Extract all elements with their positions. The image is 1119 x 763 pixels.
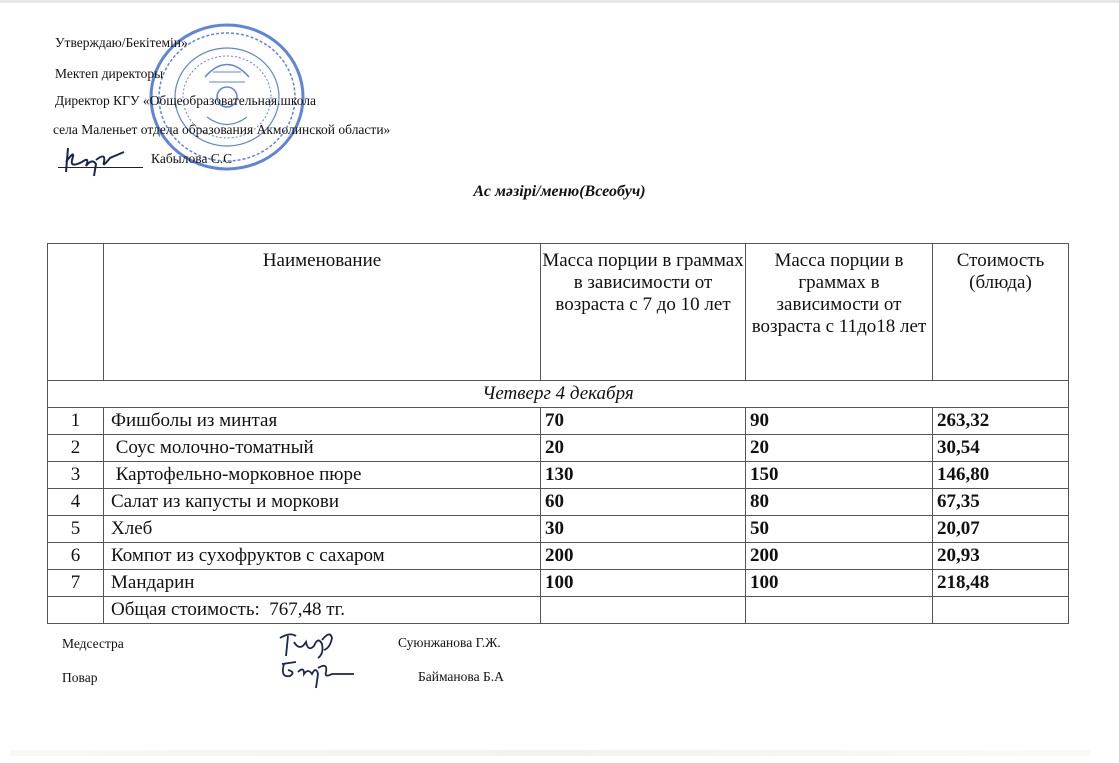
- mass-11-18: 150: [746, 462, 933, 489]
- table-row: 2 Соус молочно-томатный202030,54: [48, 435, 1069, 462]
- row-number: 2: [48, 435, 104, 462]
- cook-name: Байманова Б.А: [418, 669, 504, 685]
- mass-11-18: 80: [746, 489, 933, 516]
- dish-name: Картофельно-морковное пюре: [104, 462, 541, 489]
- scan-bottom-edge: [10, 750, 1090, 756]
- total-row: Общая стоимость: 767,48 тг.: [48, 597, 1069, 624]
- header-mass-11-18: Масса порции в граммах в зависимости от …: [746, 244, 933, 381]
- scan-top-edge: [0, 0, 1119, 3]
- day-label: Четверг 4 декабря: [48, 381, 1069, 408]
- row-number: 5: [48, 516, 104, 543]
- mass-11-18: 50: [746, 516, 933, 543]
- row-number: 6: [48, 543, 104, 570]
- nurse-name: Суюнжанова Г.Ж.: [398, 635, 501, 651]
- mass-7-10: 30: [541, 516, 746, 543]
- menu-table: Наименование Масса порции в граммах в за…: [47, 243, 1069, 624]
- dish-name: Салат из капусты и моркови: [104, 489, 541, 516]
- approval-line-1: Утверждаю/Бекітемін»: [55, 36, 188, 50]
- total-empty: [48, 597, 104, 624]
- header-cost: Стоимость (блюда): [933, 244, 1069, 381]
- dish-cost: 263,32: [933, 408, 1069, 435]
- mass-7-10: 100: [541, 570, 746, 597]
- table-row: 3 Картофельно-морковное пюре130150146,80: [48, 462, 1069, 489]
- mass-11-18: 90: [746, 408, 933, 435]
- mass-7-10: 20: [541, 435, 746, 462]
- approval-line-2: Мектеп директоры: [55, 67, 163, 81]
- dish-name: Хлеб: [104, 516, 541, 543]
- approval-line-3: Директор КГУ «Общеобразовательная.школа: [55, 94, 316, 108]
- approval-line-4: села Маленьет отдела образования Акмолин…: [53, 123, 390, 137]
- cook-role: Повар: [62, 670, 97, 686]
- dish-name: Компот из сухофруктов с сахаром: [104, 543, 541, 570]
- table-row: 1Фишболы из минтая7090263,32: [48, 408, 1069, 435]
- mass-11-18: 200: [746, 543, 933, 570]
- mass-7-10: 200: [541, 543, 746, 570]
- mass-7-10: 70: [541, 408, 746, 435]
- dish-name: Соус молочно-томатный: [104, 435, 541, 462]
- table-row: 4Салат из капусты и моркови608067,35: [48, 489, 1069, 516]
- dish-cost: 30,54: [933, 435, 1069, 462]
- mass-11-18: 100: [746, 570, 933, 597]
- dish-cost: 67,35: [933, 489, 1069, 516]
- mass-7-10: 60: [541, 489, 746, 516]
- dish-cost: 146,80: [933, 462, 1069, 489]
- row-number: 1: [48, 408, 104, 435]
- header-mass-7-10: Масса порции в граммах в зависимости от …: [541, 244, 746, 381]
- dish-cost: 20,07: [933, 516, 1069, 543]
- page-title: Ас мәзірі/меню(Всеобуч): [0, 183, 1119, 201]
- director-signature-icon: [60, 138, 130, 178]
- row-number: 7: [48, 570, 104, 597]
- table-header-row: Наименование Масса порции в граммах в за…: [48, 244, 1069, 381]
- mass-11-18: 20: [746, 435, 933, 462]
- mass-7-10: 130: [541, 462, 746, 489]
- total-empty: [541, 597, 746, 624]
- table-row: 6Компот из сухофруктов с сахаром20020020…: [48, 543, 1069, 570]
- header-name: Наименование: [104, 244, 541, 381]
- total-empty: [933, 597, 1069, 624]
- table-row: 7Мандарин100100 218,48: [48, 570, 1069, 597]
- day-row: Четверг 4 декабря: [48, 381, 1069, 408]
- nurse-role: Медсестра: [62, 636, 124, 652]
- table-row: 5Хлеб305020,07: [48, 516, 1069, 543]
- row-number: 4: [48, 489, 104, 516]
- dish-name: Фишболы из минтая: [104, 408, 541, 435]
- row-number: 3: [48, 462, 104, 489]
- total-empty: [746, 597, 933, 624]
- dish-cost: 218,48: [933, 570, 1069, 597]
- header-number: [48, 244, 104, 381]
- total-cost: Общая стоимость: 767,48 тг.: [104, 597, 541, 624]
- dish-cost: 20,93: [933, 543, 1069, 570]
- director-name: Кабылова С.С: [151, 152, 232, 166]
- dish-name: Мандарин: [104, 570, 541, 597]
- staff-signatures-icon: [270, 628, 360, 690]
